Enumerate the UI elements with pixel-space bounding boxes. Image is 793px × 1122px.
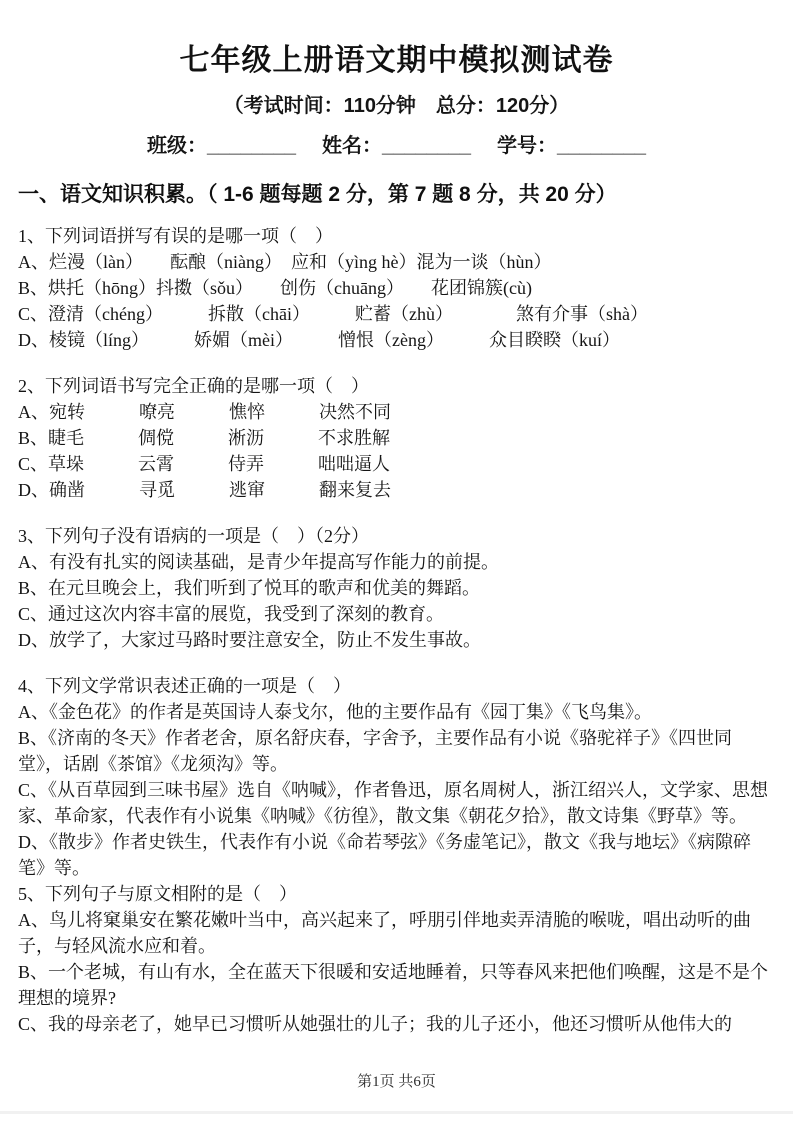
section-1-heading: 一、语文知识积累。（ 1-6 题每题 2 分，第 7 题 8 分，共 20 分） [18,180,775,210]
question-4-option-c: C、《从百草园到三味书屋》选自《呐喊》，作者鲁迅，原名周树人，浙江绍兴人，文学家… [18,777,775,829]
question-3-option-d: D、放学了，大家过马路时要注意安全，防止不发生事故。 [18,627,775,653]
question-3-stem: 3、下列句子没有语病的一项是（ ）（2分） [18,523,775,549]
page-footer: 第1页 共6页 [0,1070,793,1091]
question-5-option-b: B、一个老城，有山有水，全在蓝天下很暖和安适地睡着，只等春风来把他们唤醒，这是不… [18,959,775,1011]
question-1-option-a: A、烂漫（làn） 酝酿（niàng） 应和（yìng hè）混为一谈（hùn） [18,249,775,275]
question-4-option-b: B、《济南的冬天》作者老舍，原名舒庆春，字舍予，主要作品有小说《骆驼祥子》《四世… [18,725,775,777]
exam-paper-page: 七年级上册语文期中模拟测试卷 （考试时间：110分钟 总分：120分） 班级：_… [0,0,793,1122]
question-1-stem: 1、下列词语拼写有误的是哪一项（ ） [18,223,775,249]
question-3: 3、下列句子没有语病的一项是（ ）（2分） A、有没有扎实的阅读基础，是青少年提… [18,523,775,653]
question-4-option-a: A、《金色花》的作者是英国诗人泰戈尔，他的主要作品有《园丁集》《飞鸟集》。 [18,699,775,725]
question-5-stem: 5、下列句子与原文相附的是（ ） [18,881,775,907]
question-2-option-c: C、草垛 云霄 侍弄 咄咄逼人 [18,451,775,477]
question-2-option-a: A、宛转 嘹亮 憔悴 决然不同 [18,399,775,425]
question-5: 5、下列句子与原文相附的是（ ） A、鸟儿将窠巢安在繁花嫩叶当中，高兴起来了，呼… [18,881,775,1037]
question-1-option-d: D、棱镜（líng） 娇媚（mèi） 憎恨（zèng） 众目睽睽（kuí） [18,327,775,353]
question-3-option-a: A、有没有扎实的阅读基础，是青少年提高写作能力的前提。 [18,549,775,575]
class-field: 班级：________ [147,132,296,160]
question-2-option-b: B、睫毛 倜傥 淅沥 不求胜解 [18,425,775,451]
question-2: 2、下列词语书写完全正确的是哪一项（ ） A、宛转 嘹亮 憔悴 决然不同 B、睫… [18,373,775,503]
question-1-option-c: C、澄清（chéng） 拆散（chāi） 贮蓄（zhù） 煞有介事（shà） [18,301,775,327]
name-field: 姓名：________ [322,132,471,160]
student-info-row: 班级：________ 姓名：________ 学号：________ [18,132,775,160]
question-4-stem: 4、下列文学常识表述正确的一项是（ ） [18,673,775,699]
question-1-option-b: B、烘托（hōng）抖擞（sǒu） 创伤（chuāng） 花团锦簇(cù) [18,275,775,301]
question-4-option-d: D、《散步》作者史铁生，代表作有小说《命若琴弦》《务虚笔记》，散文《我与地坛》《… [18,829,775,881]
exam-title: 七年级上册语文期中模拟测试卷 [18,42,775,80]
question-3-option-c: C、通过这次内容丰富的展览，我受到了深刻的教育。 [18,601,775,627]
student-id-field: 学号：________ [497,132,646,160]
question-4: 4、下列文学常识表述正确的一项是（ ） A、《金色花》的作者是英国诗人泰戈尔，他… [18,673,775,881]
page-bottom-edge [0,1111,793,1114]
question-5-option-c: C、我的母亲老了，她早已习惯听从她强壮的儿子；我的儿子还小，他还习惯听从他伟大的 [18,1011,775,1037]
question-5-option-a: A、鸟儿将窠巢安在繁花嫩叶当中，高兴起来了，呼朋引伴地卖弄清脆的喉咙，唱出动听的… [18,907,775,959]
question-3-option-b: B、在元旦晚会上，我们听到了悦耳的歌声和优美的舞蹈。 [18,575,775,601]
question-2-option-d: D、确凿 寻觅 逃窜 翻来复去 [18,477,775,503]
question-1: 1、下列词语拼写有误的是哪一项（ ） A、烂漫（làn） 酝酿（niàng） 应… [18,223,775,353]
question-2-stem: 2、下列词语书写完全正确的是哪一项（ ） [18,373,775,399]
page-number: 第1页 共6页 [357,1074,436,1090]
exam-meta: （考试时间：110分钟 总分：120分） [18,93,775,119]
